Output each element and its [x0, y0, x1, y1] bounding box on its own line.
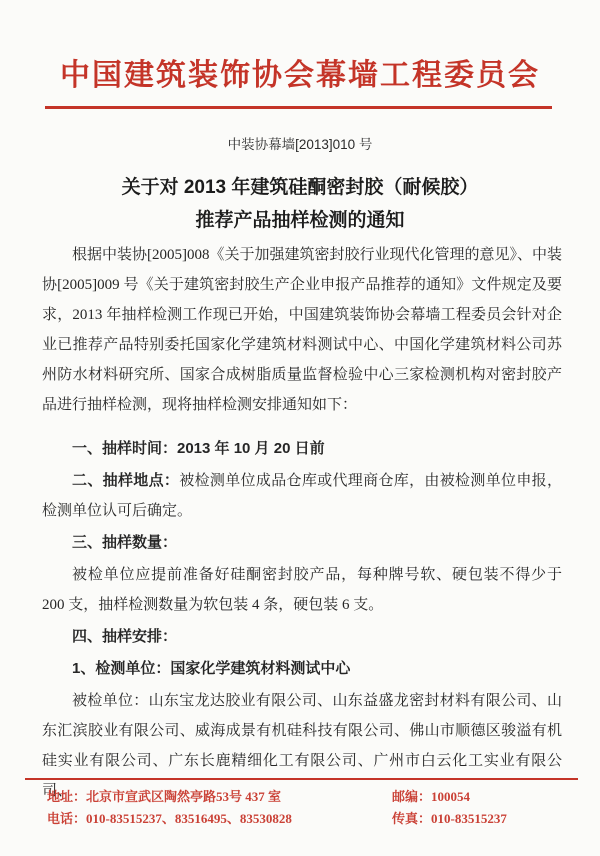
- item-3-sampling-quantity-text: 被检单位应提前准备好硅酮密封胶产品，每种牌号软、硬包装不得少于 200 支，抽样…: [42, 560, 562, 620]
- footer-fax: 传真：010-83515237: [392, 808, 578, 830]
- document-title-line-2: 推荐产品抽样检测的通知: [0, 204, 600, 237]
- footer-address-value: 北京市宣武区陶然亭路53号 437 室: [86, 789, 281, 804]
- footer-row-2: 电话：010-83515237、83516495、83530828 传真：010…: [47, 808, 578, 830]
- item-3-sampling-quantity-label: 三、抽样数量：: [42, 528, 562, 558]
- footer-fax-value: 010-83515237: [431, 811, 507, 826]
- header-divider-line: [45, 106, 552, 109]
- scanned-document-page: 中国建筑装饰协会幕墙工程委员会 中装协幕墙[2013]010 号 关于对 201…: [0, 0, 600, 856]
- footer-address: 地址：北京市宣武区陶然亭路53号 437 室: [47, 786, 392, 808]
- footer-postcode-label: 邮编：: [392, 789, 431, 804]
- document-reference-number: 中装协幕墙[2013]010 号: [0, 133, 600, 153]
- document-title-line-1: 关于对 2013 年建筑硅酮密封胶（耐候胶）: [0, 171, 600, 204]
- footer-contact-block: 地址：北京市宣武区陶然亭路53号 437 室 邮编：100054 电话：010-…: [25, 778, 578, 830]
- footer-phone-value: 010-83515237、83516495、83530828: [86, 811, 292, 826]
- item-1-sampling-time: 一、抽样时间：2013 年 10 月 20 日前: [42, 434, 562, 464]
- footer-row-1: 地址：北京市宣武区陶然亭路53号 437 室 邮编：100054: [47, 786, 578, 808]
- item-4-sampling-arrangement-label: 四、抽样安排：: [42, 622, 562, 652]
- footer-address-label: 地址：: [47, 789, 86, 804]
- item-2-sampling-location: 二、抽样地点：被检测单位成品仓库或代理商仓库，由被检测单位申报，检测单位认可后确…: [42, 466, 562, 526]
- footer-postcode-value: 100054: [431, 789, 470, 804]
- document-body: 根据中装协[2005]008《关于加强建筑密封胶行业现代化管理的意见》、中装协[…: [42, 240, 562, 806]
- document-title: 关于对 2013 年建筑硅酮密封胶（耐候胶） 推荐产品抽样检测的通知: [0, 171, 600, 237]
- footer-phone: 电话：010-83515237、83516495、83530828: [47, 808, 392, 830]
- organization-title: 中国建筑装饰协会幕墙工程委员会: [0, 50, 600, 94]
- footer-fax-label: 传真：: [392, 811, 431, 826]
- item-4-testing-unit: 1、检测单位：国家化学建筑材料测试中心: [42, 654, 562, 684]
- footer-phone-label: 电话：: [47, 811, 86, 826]
- item-2-label: 二、抽样地点：: [72, 472, 179, 489]
- intro-paragraph: 根据中装协[2005]008《关于加强建筑密封胶行业现代化管理的意见》、中装协[…: [42, 240, 562, 420]
- footer-postcode: 邮编：100054: [392, 786, 578, 808]
